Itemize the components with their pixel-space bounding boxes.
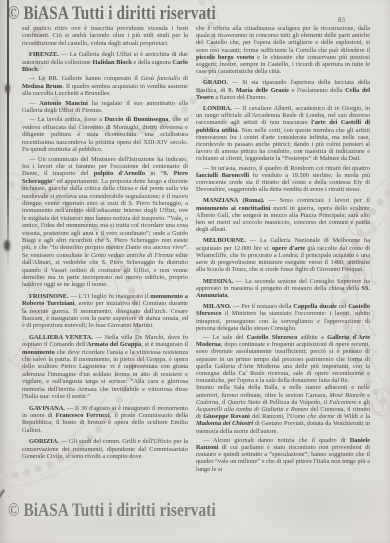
paragraph: GAVINANA. — Il 30 d'agosto si è inaugura…: [22, 405, 188, 435]
body-text: a fianco del Duomo.: [214, 94, 267, 101]
emphasized-text: FROSINONE.: [29, 293, 69, 300]
emphasized-text: Halidan Bloch: [93, 59, 132, 66]
body-text: — Le RR. Gallerie hanno comperato il: [29, 75, 141, 82]
emphasized-text: piccolo borgo veneto: [196, 54, 254, 61]
paragraph: LONDRA. — Il cavaliere Alberti, accademi…: [196, 105, 370, 163]
emphasized-text: MESSINA.: [203, 278, 233, 285]
paragraph: — Antonio Mancini ha regalato il suo aut…: [22, 100, 188, 115]
emphasized-text: MANZIANA (Roma).: [203, 197, 264, 204]
text-column-left: sul pratico ritiro ove è trascritta prev…: [22, 25, 188, 497]
body-text: — Sono cominciati i lavori per il: [264, 197, 370, 204]
emphasized-text: Uomo che dorme: [290, 413, 335, 420]
body-text: , si è inaugurato il: [141, 341, 188, 348]
emphasized-text: GORIZIA.: [29, 438, 59, 445]
body-text: che è offerta alla cittadinanza scaliger…: [196, 25, 370, 54]
paragraph: sul pratico ritiro ove è trascritta prev…: [22, 25, 188, 47]
emphasized-text: fanciulli Baroncelli: [196, 172, 249, 179]
emphasized-text: LONDRA.: [203, 105, 232, 112]
body-text: di Wildt e la: [335, 413, 370, 420]
emphasized-text: Medusa Bruns: [22, 83, 62, 90]
emphasized-text: Mosè Bianchi: [329, 392, 365, 399]
emphasized-text: Cadorna: [196, 399, 218, 406]
emphasized-text: Falconiere: [329, 399, 356, 406]
binding-ink-blob: [5, 84, 10, 93]
paragraph: GORIZIA. — Gli studi del comm. Grilli e …: [22, 438, 188, 460]
paragraph: — Un comunicato del Ministero dell'Istru…: [22, 156, 188, 289]
copyright-watermark-top: © BiASA Tutti i diritti riservati: [8, 3, 216, 25]
body-text: e l'isolamento della: [289, 87, 345, 94]
body-text: , dopo continuate e frequenti acquisizio…: [196, 341, 370, 384]
body-text: .: [38, 66, 40, 73]
paragraph: MANZIANA (Roma). — Sono cominciati i lav…: [196, 197, 370, 233]
body-text: —: [29, 100, 39, 107]
emphasized-text: Duccio di Buoninsegna: [104, 116, 168, 123]
emphasized-text: monumento ai concittadini: [196, 205, 271, 212]
body-text: — In un'asta, mastro, il quadro di Romho…: [203, 165, 370, 172]
paragraph: GALLIERA VENETA. — Nella villa De Marchi…: [22, 334, 188, 401]
body-text: e gli: [357, 399, 370, 406]
body-text: — La tavola antica, forse a: [29, 116, 104, 123]
paragraph: — La tavola antica, forse a Duccio di Bu…: [22, 116, 188, 153]
emphasized-text: Cento vedute antiche di Firenze: [91, 252, 174, 259]
body-text: — Per il restauro della: [231, 303, 293, 310]
paragraph: che è offerta alla cittadinanza scaliger…: [196, 25, 370, 75]
body-text: adibite a: [297, 334, 327, 341]
page-number: 83: [338, 16, 345, 24]
scanned-document-page: D E C H R I S © BiASA Tutti i diritti ri…: [0, 0, 390, 543]
emphasized-text: Madonna dei Chiostri: [196, 420, 253, 427]
paragraph: MILANO. — Per il restauro della Cappella…: [196, 303, 370, 332]
copyright-watermark-bottom: © BiASA Tutti i diritti riservati: [8, 500, 216, 522]
body-text: e: [365, 392, 370, 399]
body-text: — Le sale del: [203, 334, 247, 341]
body-text: di cui parliamo è stato riscontrato non …: [196, 444, 370, 473]
paragraph: MESSINA. — La seconda sezione del Consig…: [196, 278, 370, 300]
body-text: ” ed appartamenti. La proposta dette luo…: [22, 178, 188, 259]
body-text: e della signora: [132, 59, 173, 66]
emphasized-text: Acquerelli alla tomba di Giulietta e Rom…: [196, 406, 308, 413]
emphasized-text: Francesco Ferrucci: [56, 412, 110, 419]
text-column-right: che è offerta alla cittadinanza scaliger…: [196, 25, 370, 493]
body-text: — L'11 luglio fu inaugurato il: [69, 293, 151, 300]
paragraph: GRADO. — Si sta riparando l'apertura del…: [196, 79, 370, 101]
emphasized-text: monumento: [22, 349, 55, 356]
emphasized-text: opere d'arte: [272, 245, 305, 252]
paragraph: — Le sale del Castello Sforzesco adibite…: [196, 334, 370, 384]
body-text: — Alcuni giornali danno notizia che il q…: [203, 437, 350, 444]
body-text: .: [228, 292, 230, 299]
binding-edge-line: [7, 0, 9, 270]
body-text: nel: [337, 303, 349, 310]
paragraph: Intanto nella Sala della Balla, e nelle …: [196, 384, 370, 434]
paragraph: — Alcuni giornali danno notizia che il q…: [196, 437, 370, 473]
emphasized-text: Gesù fanciullo: [141, 75, 180, 82]
emphasized-text: Castello Sforzesco: [247, 334, 298, 341]
emphasized-text: MELBOURNE.: [203, 237, 246, 244]
binding-ink-blob: [4, 240, 10, 251]
emphasized-text: S. Maria delle Grazie: [228, 87, 289, 94]
emphasized-text: GRADO.: [203, 79, 228, 86]
emphasized-text: Giuseppe Rovani: [203, 413, 250, 420]
body-text: il Ministero ha stanziato l'occorrente: …: [196, 310, 370, 331]
emphasized-text: Armata del Grappa: [87, 341, 141, 348]
paragraph: — In un'asta, mastro, il quadro di Romho…: [196, 165, 370, 194]
emphasized-text: GALLIERA VENETA.: [29, 334, 93, 341]
body-text: che deve ricordare l'ansia e la vittorio…: [22, 349, 188, 400]
emphasized-text: Antonio Mancini: [39, 100, 88, 107]
body-text: sul pratico ritiro ove è trascritta prev…: [22, 25, 188, 47]
paragraph: FROSINONE. — L'11 luglio fu inaugurato i…: [22, 293, 188, 330]
body-text: di Pellizza da Volpedo, il: [261, 399, 330, 406]
body-text: del Ranzoni, l': [250, 413, 290, 420]
emphasized-text: Cappella ducale: [293, 303, 337, 310]
paragraph: FIRENZE. — La Galleria degli Uffizi si è…: [22, 51, 188, 73]
body-text: di: [180, 75, 188, 82]
body-text: in “: [145, 170, 163, 177]
emphasized-text: GAVINANA.: [29, 405, 65, 412]
emphasized-text: Quarto Stato: [227, 399, 260, 406]
emphasized-text: pulpito d'Arnolfo: [94, 170, 145, 177]
paragraph: MELBOURNE. — La Galleria Nazionale di Me…: [196, 237, 370, 273]
emphasized-text: FIRENZE.: [29, 51, 59, 58]
paragraph: — Le RR. Gallerie hanno comperato il Ges…: [22, 75, 188, 97]
emphasized-text: MILANO.: [203, 303, 231, 310]
